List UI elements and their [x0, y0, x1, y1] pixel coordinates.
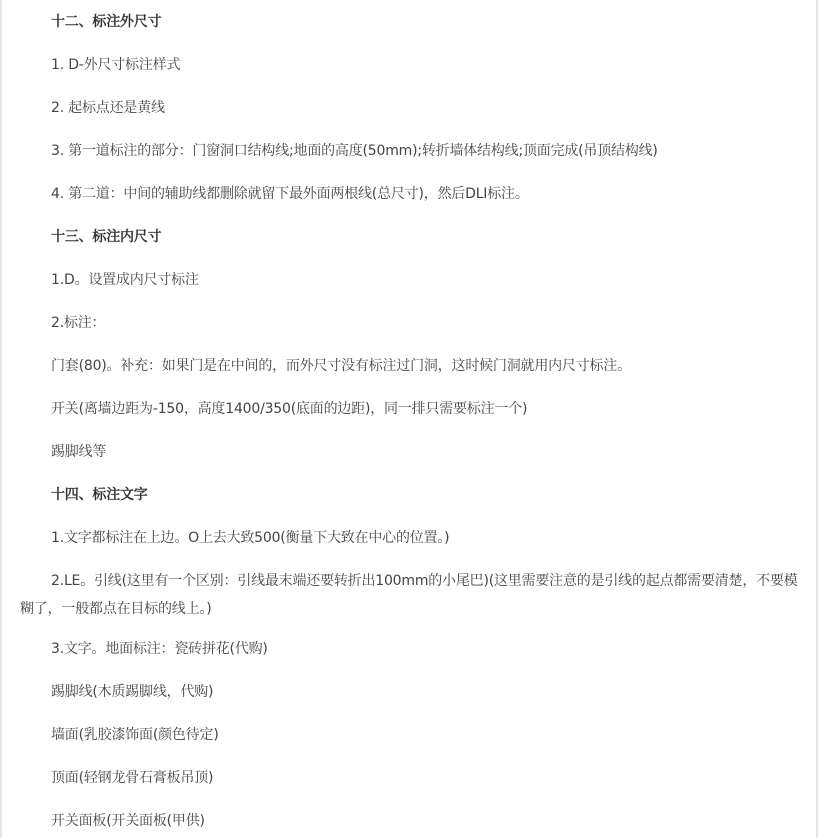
paragraph: 3.文字。地面标注：瓷砖拼花(代购)	[20, 635, 800, 663]
paragraph: 2. 起标点还是黄线	[20, 94, 800, 122]
paragraph: 2.标注：	[20, 309, 800, 337]
paragraph: 4. 第二道：中间的辅助线都删除就留下最外面两根线(总尺寸)，然后DLI标注。	[20, 180, 800, 208]
paragraph: 1.D。设置成内尺寸标注	[20, 266, 800, 294]
paragraph: 1.文字都标注在上边。O上去大致500(衡量下大致在中心的位置。)	[20, 524, 800, 552]
paragraph: 墙面(乳胶漆饰面(颜色待定)	[20, 721, 800, 749]
section-heading-14: 十四、标注文字	[20, 481, 800, 509]
paragraph: 门套(80)。补充：如果门是在中间的，而外尺寸没有标注过门洞，这时候门洞就用内尺…	[20, 352, 800, 380]
section-heading-13: 十三、标注内尺寸	[20, 223, 800, 251]
paragraph: 2.LE。引线(这里有一个区别：引线最末端还要转折出100mm的小尾巴)(这里需…	[20, 567, 800, 623]
section-heading-12: 十二、标注外尺寸	[20, 8, 800, 36]
paragraph: 踢脚线等	[20, 438, 800, 466]
paragraph: 开关面板(开关面板(甲供)	[20, 807, 800, 835]
paragraph: 踢脚线(木质踢脚线，代购)	[20, 678, 800, 706]
paragraph: 3. 第一道标注的部分：门窗洞口结构线;地面的高度(50mm);转折墙体结构线;…	[20, 137, 800, 165]
paragraph: 顶面(轻钢龙骨石膏板吊顶)	[20, 764, 800, 792]
paragraph: 1. D-外尺寸标注样式	[20, 51, 800, 79]
paragraph: 开关(离墙边距为-150，高度1400/350(底面的边距)，同一排只需要标注一…	[20, 395, 800, 423]
